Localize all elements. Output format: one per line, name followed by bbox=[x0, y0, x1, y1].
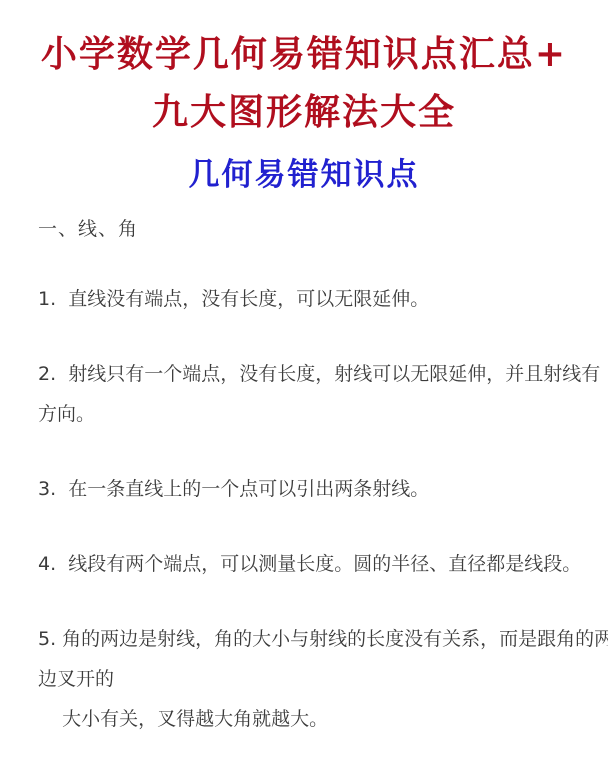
document-title: 小学数学几何易错知识点汇总+ 九大图形解法大全 bbox=[0, 25, 608, 141]
document-body: 一、线、角 1. 直线没有端点，没有长度，可以无限延伸。2. 射线只有一个端点，… bbox=[38, 209, 578, 739]
section-label: 一、线、角 bbox=[38, 209, 578, 249]
paragraph: 1. 直线没有端点，没有长度，可以无限延伸。 bbox=[38, 279, 578, 319]
paragraph: 3. 在一条直线上的一个点可以引出两条射线。 bbox=[38, 469, 578, 509]
paragraph: 5. 角的两边是射线，角的大小与射线的长度没有关系，而是跟角的两边叉开的 大小有… bbox=[38, 619, 578, 739]
document-title-line1: 小学数学几何易错知识点汇总+ bbox=[0, 25, 608, 83]
document-title-line2: 九大图形解法大全 bbox=[0, 83, 608, 141]
paragraph: 4. 线段有两个端点，可以测量长度。圆的半径、直径都是线段。 bbox=[38, 544, 578, 584]
paragraph-line: 2. 射线只有一个端点，没有长度，射线可以无限延伸，并且射线有 bbox=[38, 354, 578, 394]
paragraph-list: 1. 直线没有端点，没有长度，可以无限延伸。2. 射线只有一个端点，没有长度，射… bbox=[38, 279, 578, 739]
paragraph-line: 1. 直线没有端点，没有长度，可以无限延伸。 bbox=[38, 279, 578, 319]
paragraph-line: 边叉开的 bbox=[38, 659, 578, 699]
paragraph-line: 大小有关，叉得越大角就越大。 bbox=[38, 699, 578, 739]
paragraph-line: 方向。 bbox=[38, 394, 578, 434]
section-heading: 几何易错知识点 bbox=[0, 153, 608, 197]
paragraph-line: 3. 在一条直线上的一个点可以引出两条射线。 bbox=[38, 469, 578, 509]
paragraph-line: 5. 角的两边是射线，角的大小与射线的长度没有关系，而是跟角的两 bbox=[38, 619, 578, 659]
paragraph-line: 4. 线段有两个端点，可以测量长度。圆的半径、直径都是线段。 bbox=[38, 544, 578, 584]
paragraph: 2. 射线只有一个端点，没有长度，射线可以无限延伸，并且射线有方向。 bbox=[38, 354, 578, 434]
